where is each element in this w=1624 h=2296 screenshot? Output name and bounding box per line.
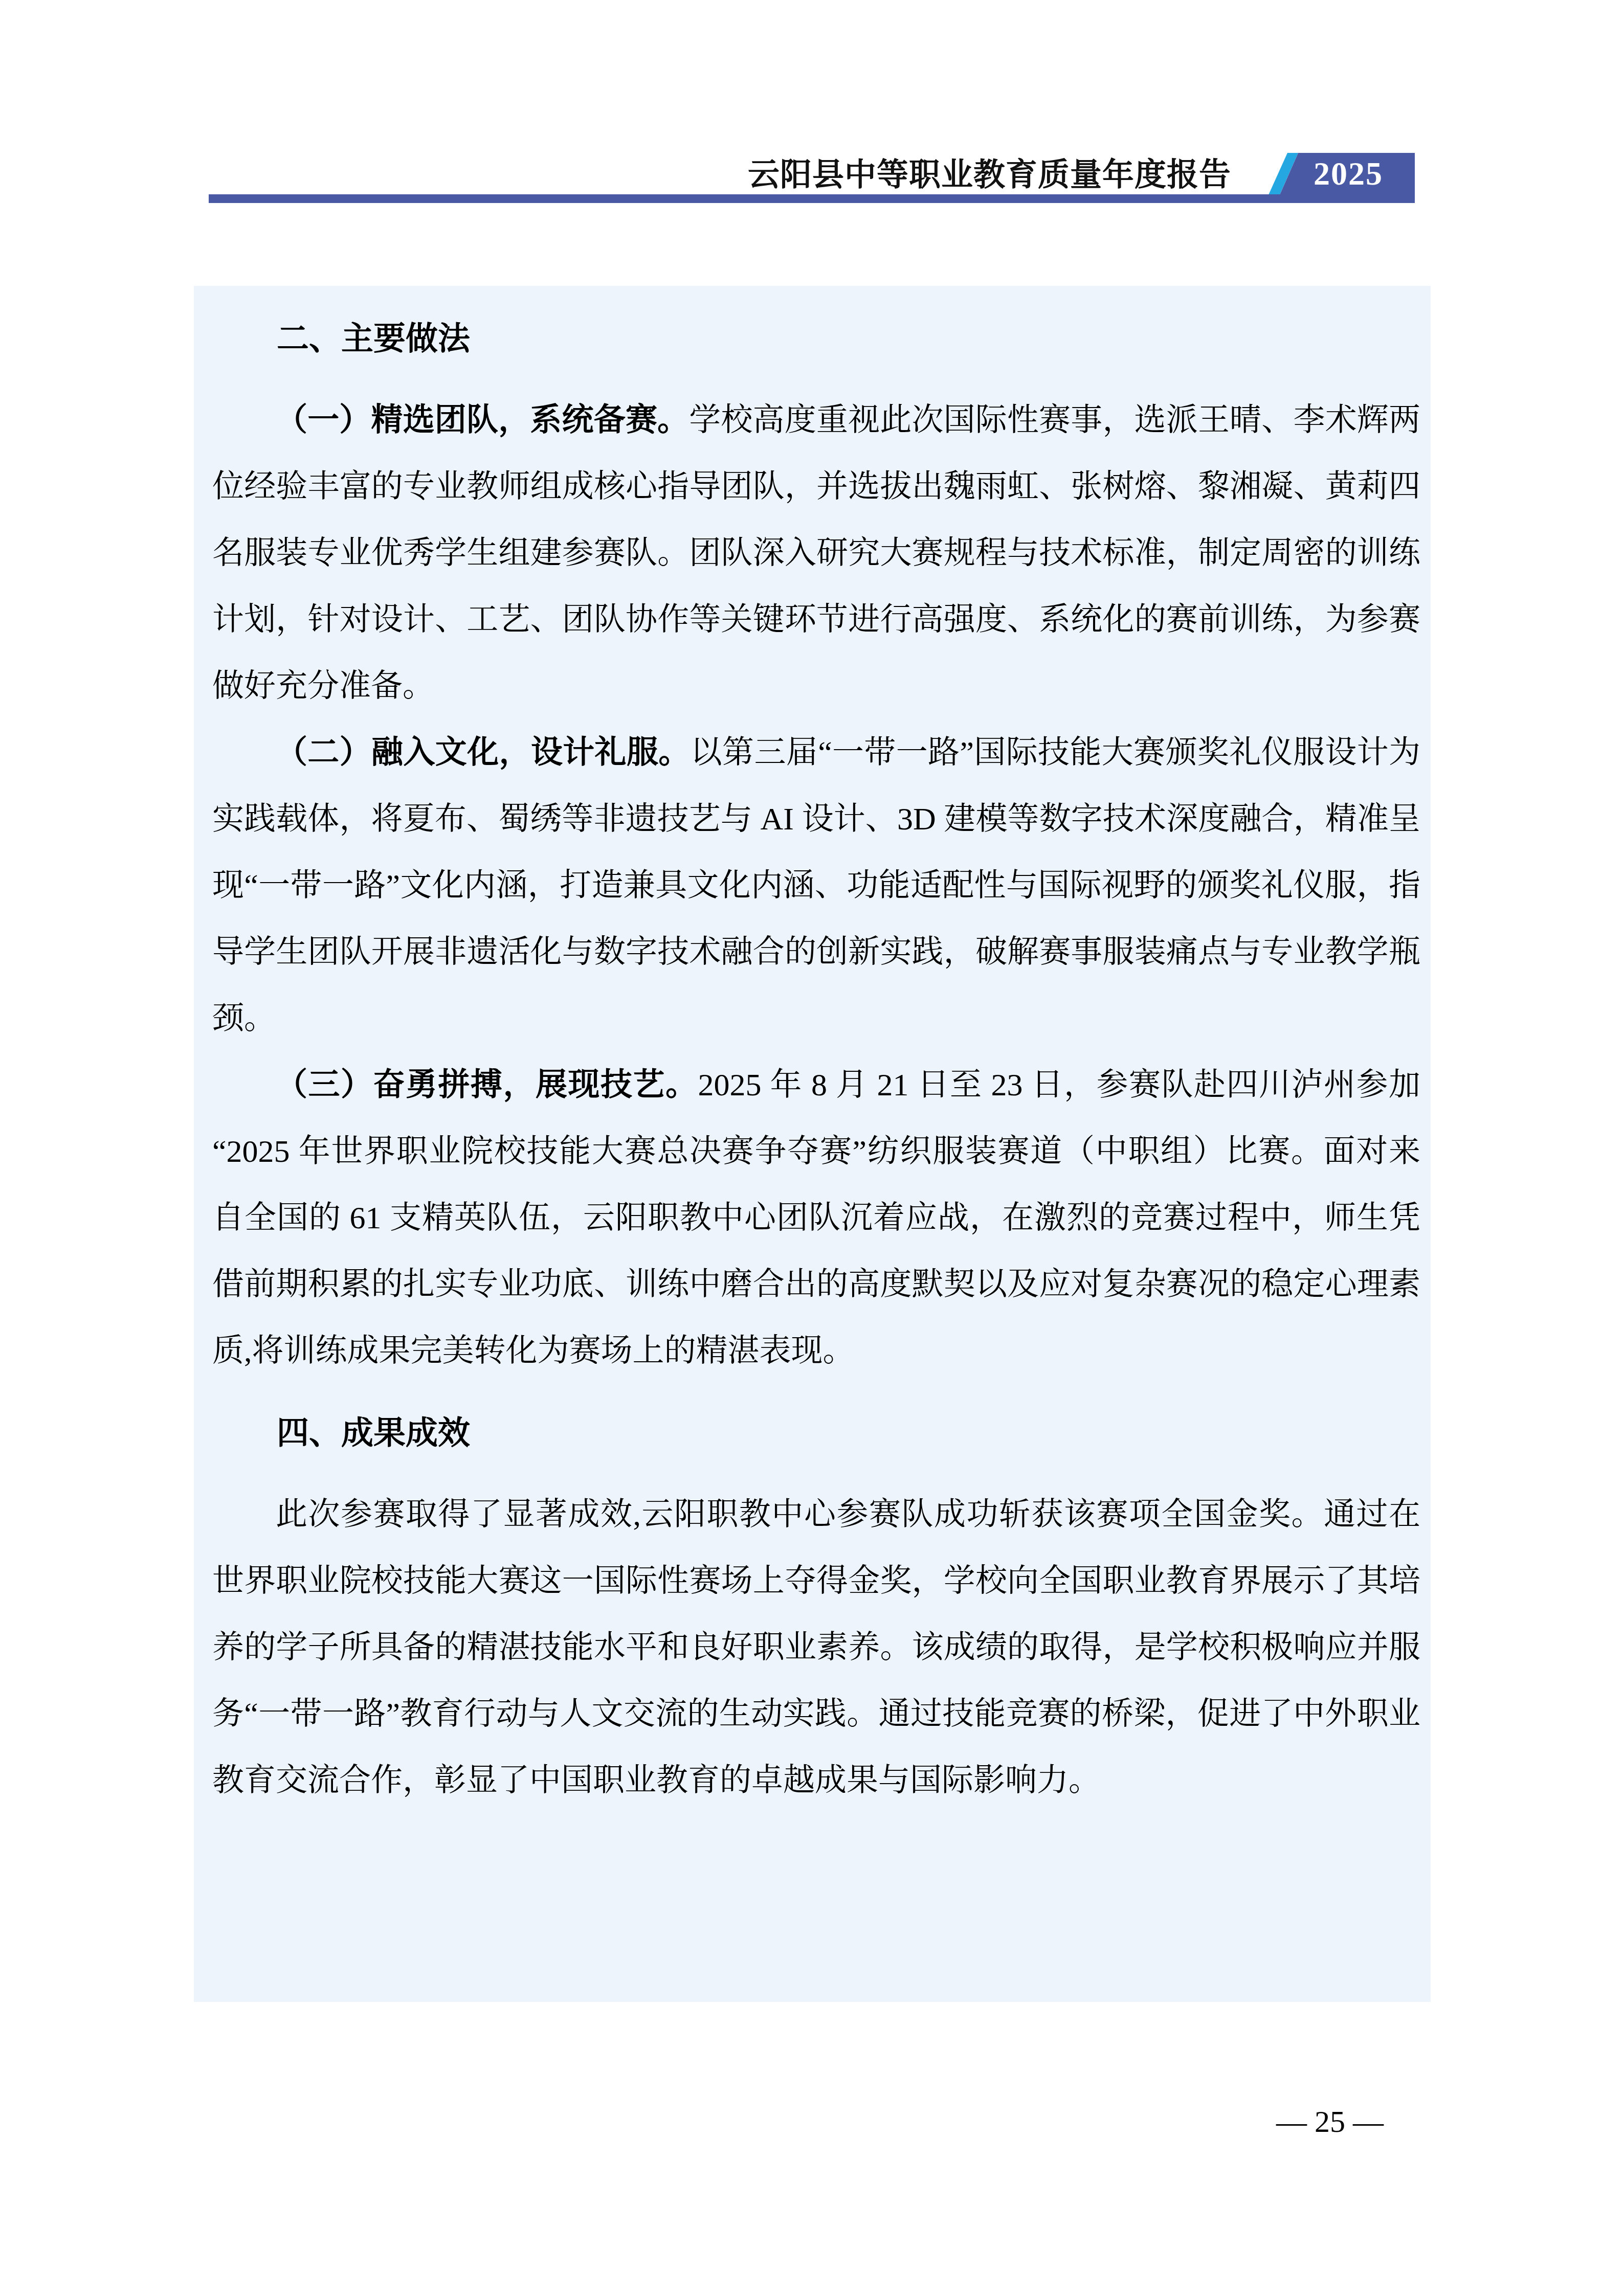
section-heading-methods: 二、主要做法 [212,305,1420,372]
paragraph-lead: （一）精选团队，系统备赛。 [276,402,689,438]
paragraph-body: 学校高度重视此次国际性赛事，选派王晴、李术辉两位经验丰富的专业教师组成核心指导团… [212,403,1420,704]
header-divider-bar [209,194,1415,203]
paragraph-culture-design: （二）融入文化，设计礼服。以第三届“一带一路”国际技能大赛颁奖礼仪服设计为实践载… [212,719,1420,1052]
report-page: 云阳县中等职业教育质量年度报告 2025 二、主要做法 （一）精选团队，系统备赛… [0,0,1624,2296]
paragraph-lead: （二）融入文化，设计礼服。 [276,735,691,770]
content-panel: 二、主要做法 （一）精选团队，系统备赛。学校高度重视此次国际性赛事，选派王晴、李… [194,286,1431,2002]
page-number: — 25 — [1276,2104,1384,2140]
paragraph-body: 2025 年 8 月 21 日至 23 日，参赛队赴四川泸州参加“2025 年世… [212,1068,1420,1368]
badge-year-label: 2025 [1295,155,1383,193]
paragraph-competition: （三）奋勇拼搏，展现技艺。2025 年 8 月 21 日至 23 日，参赛队赴四… [212,1052,1420,1384]
year-badge: 2025 [1263,153,1415,195]
paragraph-results: 此次参赛取得了显著成效,云阳职教中心参赛队成功斩获该赛项全国金奖。通过在世界职业… [212,1481,1420,1814]
paragraph-body: 以第三届“一带一路”国际技能大赛颁奖礼仪服设计为实践载体，将夏布、蜀绣等非遗技艺… [212,735,1420,1036]
section-heading-results: 四、成果成效 [212,1400,1420,1466]
paragraph-team-selection: （一）精选团队，系统备赛。学校高度重视此次国际性赛事，选派王晴、李术辉两位经验丰… [212,387,1420,719]
report-header-title: 云阳县中等职业教育质量年度报告 [748,149,1231,195]
paragraph-lead: （三）奋勇拼搏，展现技艺。 [276,1067,698,1102]
